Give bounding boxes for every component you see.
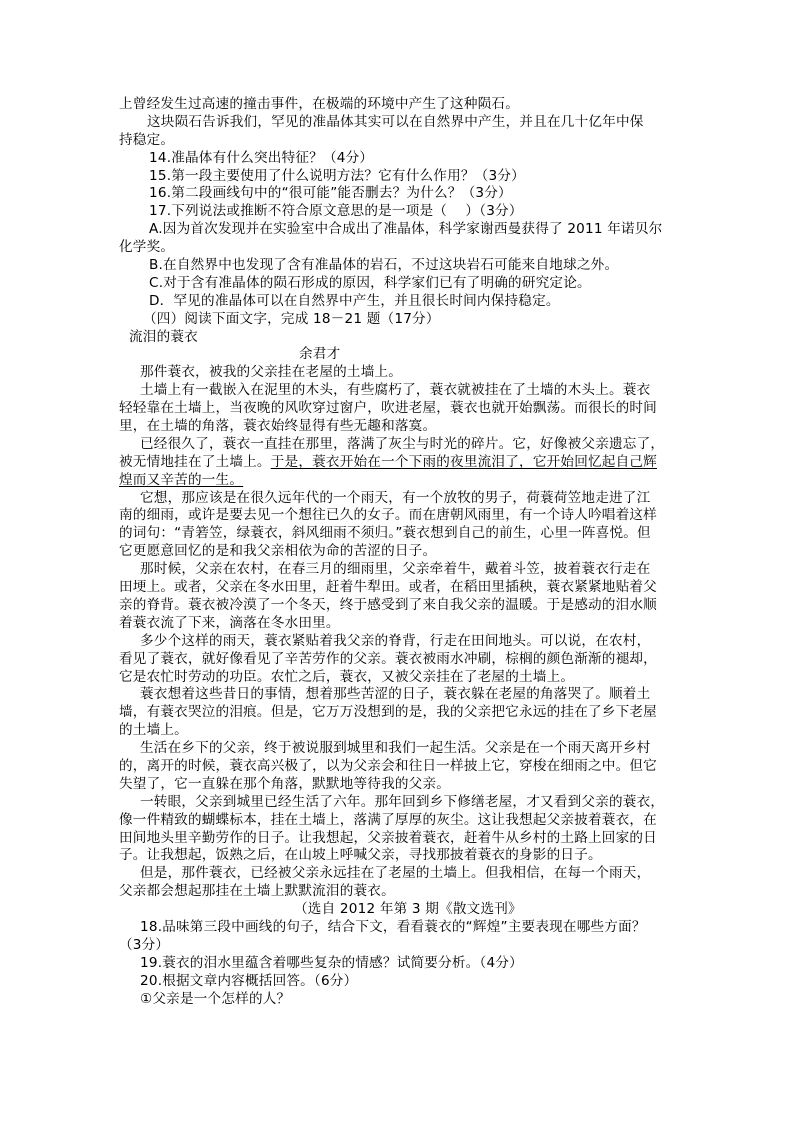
article-paragraph: 看见了蓑衣，就好像看见了辛苦劳作的父亲。蓑衣被雨水冲刷，棕榈的颜色渐渐的褪却， xyxy=(119,651,671,669)
underlined-sentence: 于是，蓑衣开始在一个下雨的夜里流泪了，它开始回忆起自己辉 xyxy=(271,454,657,470)
article-paragraph: 墙，有蓑衣哭泣的泪痕。但是，它万万没想到的是，我的父亲把它永远的挂在了乡下老屋 xyxy=(119,704,671,722)
option-b: B.在自然界中也发现了含有准晶体的岩石，不过这块岩石可能来自地球之外。 xyxy=(119,257,671,275)
article-text: 被无情地挂在了土墙上。 xyxy=(119,454,271,470)
article-paragraph: 的土墙上。 xyxy=(119,722,671,740)
option-a: A.因为首次发现并在实验室中合成出了准晶体，科学家谢西曼获得了 2011 年诺贝… xyxy=(119,221,671,239)
question-19: 19.蓑衣的泪水里蕴含着哪些复杂的情感？试简要分析。（4分） xyxy=(119,955,671,973)
option-c: C.对于含有准晶体的陨石形成的原因，科学家们已有了明确的研究定论。 xyxy=(119,275,671,293)
article-paragraph: 的词句：“青箬笠，绿蓑衣，斜风细雨不须归。”蓑衣想到自己的前生，心里一阵喜悦。但 xyxy=(119,525,671,543)
article-paragraph: 它更愿意回忆的是和我父亲相依为命的苦涩的日子。 xyxy=(119,543,671,561)
question-20-sub-1: ①父亲是一个怎样的人？ xyxy=(119,991,671,1009)
question-17: 17.下列说法或推断不符合原文意思的是一项是（ ）（3分） xyxy=(119,203,671,221)
article-paragraph: 煌而又辛苦的一生。 xyxy=(119,472,671,490)
article-paragraph: 亲的脊背。蓑衣被冷漠了一个冬天，终于感受到了来自我父亲的温暖。于是感动的泪水顺 xyxy=(119,597,671,615)
article-source: （选自 2012 年第 3 期《散文选刊》 xyxy=(119,901,671,919)
article-paragraph: 生活在乡下的父亲，终于被说服到城里和我们一起生活。父亲是在一个雨天离开乡村 xyxy=(119,740,671,758)
article-paragraph: 里，在土墙的角落，蓑衣始终显得有些无趣和落寞。 xyxy=(119,418,671,436)
article-paragraph: 一转眼，父亲到城里已经生活了六年。那年回到乡下修缮老屋，才又看到父亲的蓑衣， xyxy=(119,794,671,812)
article-paragraph: 它是农忙时劳动的功臣。农忙之后，蓑衣，又被父亲挂在了老屋的土墙上。 xyxy=(119,669,671,687)
article-paragraph: 像一件精致的蝴蝶标本，挂在土墙上，落满了厚厚的灰尘。这让我想起父亲披着蓑衣，在 xyxy=(119,812,671,830)
article-paragraph: 南的细雨，或许是要去见一个想往已久的女子。而在唐朝风雨里，有一个诗人吟唱着这样 xyxy=(119,507,671,525)
passage-text: 上曾经发生过高速的撞击事件，在极端的环境中产生了这种陨石。 xyxy=(119,96,671,114)
article-paragraph: 的，离开的时候，蓑衣高兴极了，以为父亲会和往日一样披上它，穿梭在细雨之中。但它 xyxy=(119,758,671,776)
question-15: 15.第一段主要使用了什么说明方法？它有什么作用？（3分） xyxy=(119,168,671,186)
article-paragraph: 失望了，它一直躲在那个角落，默默地等待我的父亲。 xyxy=(119,776,671,794)
passage-text: 这块陨石告诉我们，罕见的准晶体其实可以在自然界中产生，并且在几十亿年中保 xyxy=(119,114,671,132)
underlined-sentence: 煌而又辛苦的一生。 xyxy=(119,472,243,488)
document-page: 上曾经发生过高速的撞击事件，在极端的环境中产生了这种陨石。 这块陨石告诉我们，罕… xyxy=(119,96,671,1008)
article-paragraph: 但是，那件蓑衣，已经被父亲永远挂在了老屋的土墙上。但我相信，在每一个雨天， xyxy=(119,865,671,883)
article-paragraph: 轻轻靠在土墙上，当夜晚的风吹穿过窗户，吹进老屋，蓑衣也就开始飘荡。而很长的时间 xyxy=(119,400,671,418)
article-paragraph: 父亲都会想起那挂在土墙上默默流泪的蓑衣。 xyxy=(119,883,671,901)
article-paragraph: 多少个这样的雨天，蓑衣紧贴着我父亲的脊背，行走在田间地头。可以说，在农村， xyxy=(119,633,671,651)
question-16: 16.第二段画线句中的“很可能”能否删去？为什么？（3分） xyxy=(119,185,671,203)
question-18-continued: （3分） xyxy=(119,937,671,955)
article-paragraph: 被无情地挂在了土墙上。于是，蓑衣开始在一个下雨的夜里流泪了，它开始回忆起自己辉 xyxy=(119,454,671,472)
question-18: 18.品味第三段中画线的句子，结合下文，看看蓑衣的“辉煌”主要表现在哪些方面？ xyxy=(119,919,671,937)
article-author: 余君才 xyxy=(119,346,671,364)
section-heading: （四）阅读下面文字，完成 18－21 题（17分） xyxy=(119,311,671,329)
article-paragraph: 蓑衣想着这些昔日的事情，想着那些苦涩的日子，蓑衣躲在老屋的角落哭了。顺着土 xyxy=(119,686,671,704)
article-paragraph: 田埂上。或者，父亲在冬水田里，赶着牛犁田。或者，在稻田里插秧，蓑衣紧紧地贴着父 xyxy=(119,579,671,597)
article-paragraph: 那件蓑衣，被我的父亲挂在老屋的土墙上。 xyxy=(119,364,671,382)
article-paragraph: 田间地头里辛勤劳作的日子。让我想起，父亲披着蓑衣，赶着牛从乡村的土路上回家的日 xyxy=(119,830,671,848)
article-paragraph: 它想，那应该是在很久远年代的一个雨天，有一个放牧的男子，荷蓑荷笠地走进了江 xyxy=(119,490,671,508)
article-paragraph: 那时候，父亲在农村，在春三月的细雨里，父亲牵着牛，戴着斗笠，披着蓑衣行走在 xyxy=(119,561,671,579)
article-title: 流泪的蓑衣 xyxy=(119,329,671,347)
passage-text: 持稳定。 xyxy=(119,132,671,150)
article-paragraph: 土墙上有一截嵌入在泥里的木头，有些腐朽了，蓑衣就被挂在了土墙的木头上。蓑衣 xyxy=(119,382,671,400)
article-paragraph: 已经很久了，蓑衣一直挂在那里，落满了灰尘与时光的碎片。它，好像被父亲遗忘了， xyxy=(119,436,671,454)
question-14: 14.准晶体有什么突出特征？（4分） xyxy=(119,150,671,168)
option-d: D．罕见的准晶体可以在自然界中产生，并且很长时间内保持稳定。 xyxy=(119,293,671,311)
article-paragraph: 子。让我想起，饭熟之后，在山坡上呼喊父亲，寻找那披着蓑衣的身影的日子。 xyxy=(119,847,671,865)
article-paragraph: 着蓑衣流了下来，滴落在冬水田里。 xyxy=(119,615,671,633)
question-20: 20.根据文章内容概括回答。（6分） xyxy=(119,973,671,991)
option-a-continued: 化学奖。 xyxy=(119,239,671,257)
